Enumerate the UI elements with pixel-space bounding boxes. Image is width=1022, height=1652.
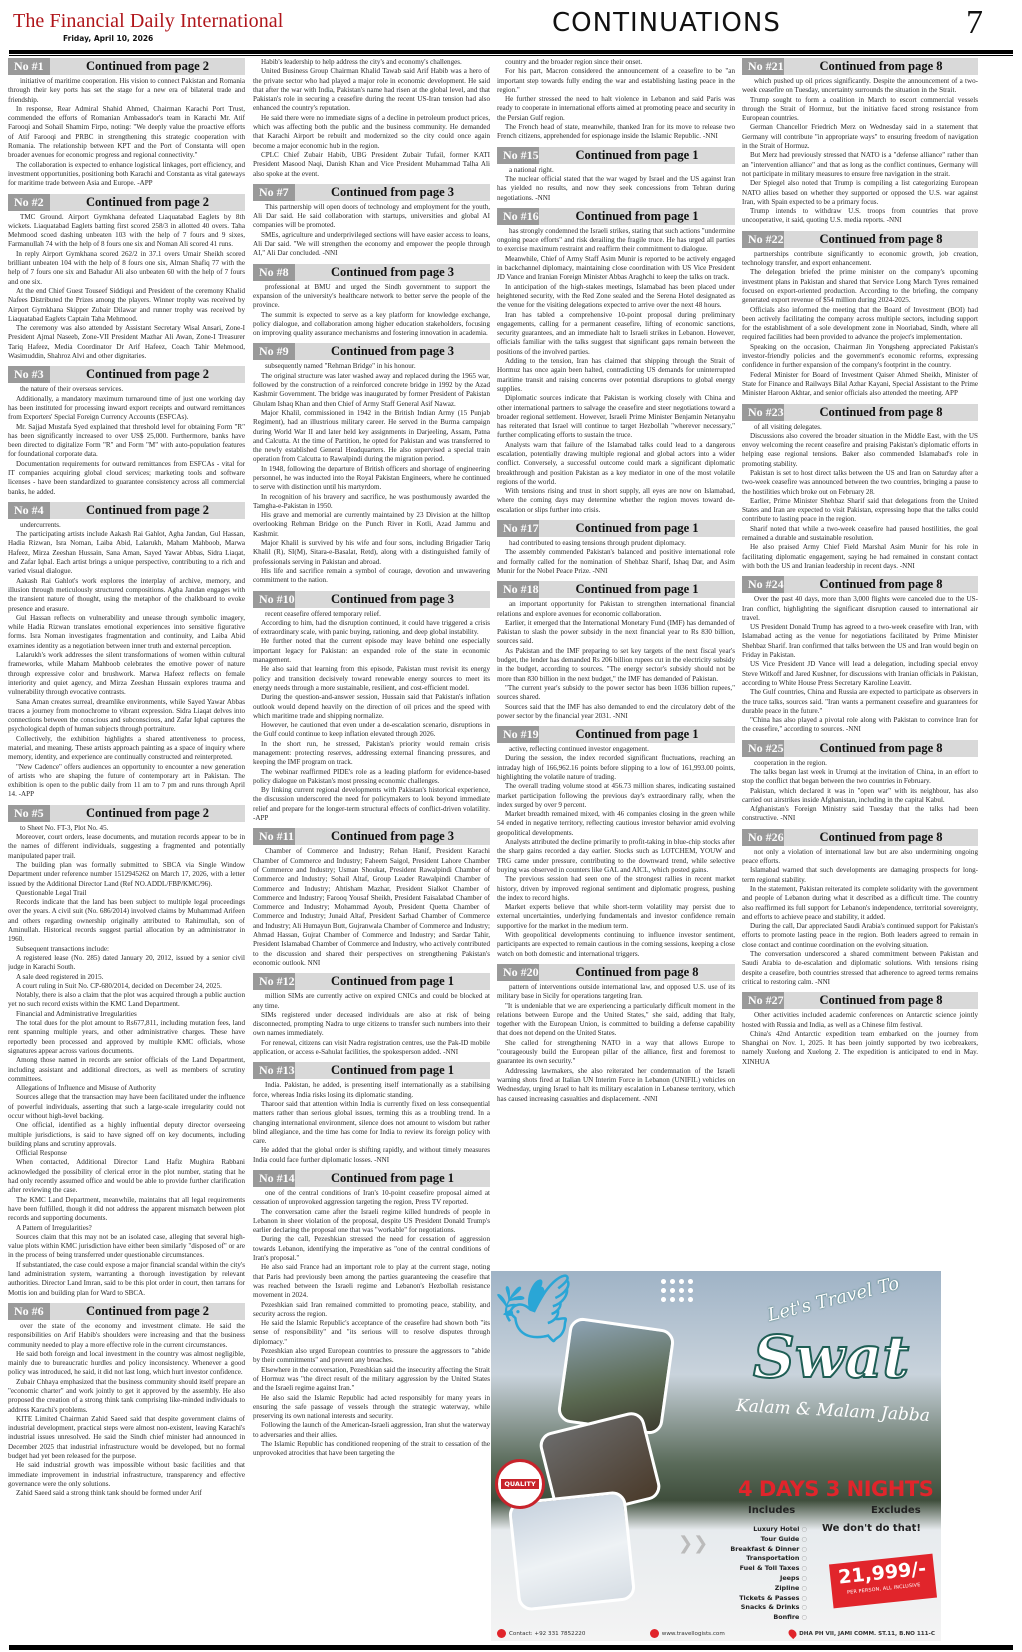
article-body: India. Pakistan, he added, is presenting… <box>253 1081 490 1165</box>
continuation-article: No #10Continued from page 3recent ceasef… <box>253 591 490 824</box>
article-paragraph: Lalarukh's work addresses the silent tra… <box>8 651 245 697</box>
continuation-article: No #12Continued from page 1million SIMs … <box>253 973 490 1057</box>
article-paragraph: Iran has tabled a comprehensive 10-point… <box>497 311 735 357</box>
article-paragraph: cooperation in the region. <box>742 759 978 768</box>
article-paragraph: A Pattern of Irregularities? <box>8 1224 245 1233</box>
article-body: recent ceasefire offered temporary relie… <box>253 610 490 824</box>
column-3: country and the broader region since the… <box>497 58 735 1228</box>
continuation-article: No #27Continued from page 8Other activit… <box>742 992 978 1067</box>
article-body: to Sheet No. FT-3, Plot No. 45.Moreover,… <box>8 824 245 1298</box>
excludes-title: Excludes <box>871 1505 921 1516</box>
continued-from-label: Continued from page 3 <box>295 828 490 845</box>
article-paragraph: SMEs, agriculture and underprivileged se… <box>253 231 490 259</box>
continuation-header: No #3Continued from page 2 <box>8 366 245 383</box>
continued-from-label: Continued from page 8 <box>784 231 978 248</box>
article-paragraph: Der Spiegel also noted that Trump is com… <box>742 179 978 207</box>
article-paragraph: Earlier, it emerged that the Internation… <box>497 619 735 647</box>
article-paragraph: During the call, Pezeshkian stressed the… <box>253 1235 490 1263</box>
article-paragraph: professional at BMU and urged the Sindh … <box>253 283 490 311</box>
ad-subtitle: Kalam & Malam Jabba <box>736 1396 931 1426</box>
include-item: Tour Guide <box>681 1535 807 1545</box>
article-paragraph: He said the Islamic Republic's acceptanc… <box>253 1319 490 1347</box>
article-body: active, reflecting continued investor en… <box>497 745 735 959</box>
article-paragraph: United Business Group Chairman Khalid Ta… <box>253 67 490 113</box>
article-body: initiative of maritime cooperation. His … <box>8 77 245 189</box>
article-paragraph: Adding to the tension, Iran has claimed … <box>497 357 735 394</box>
article-paragraph: "China has also played a pivotal role al… <box>742 716 978 735</box>
article-paragraph: "The current year's subsidy to the power… <box>497 684 735 703</box>
article-paragraph: One official, identified as a highly inf… <box>8 1121 245 1149</box>
article-paragraph: one of the central conditions of Iran's … <box>253 1189 490 1208</box>
article-number: No #13 <box>253 1062 295 1079</box>
continued-from-label: Continued from page 1 <box>539 581 735 598</box>
ad-tagline: Let's Travel To <box>765 1273 901 1326</box>
address: DHA PH VII, JAMI COMM. ST.11, B.NO 111-C <box>789 1629 935 1638</box>
article-paragraph: not only a violation of international la… <box>742 848 978 867</box>
article-paragraph: The conversation came after the Israeli … <box>253 1208 490 1236</box>
article-number: No #26 <box>742 829 784 846</box>
article-body: of all visiting delegates.Discussions al… <box>742 423 978 572</box>
article-paragraph: Afghanistan's Foreign Ministry said Tues… <box>742 805 978 824</box>
continuation-article: No #18Continued from page 1an important … <box>497 581 735 721</box>
article-number: No #18 <box>497 581 539 598</box>
article-paragraph: In 1948, following the departure of Brit… <box>253 465 490 493</box>
continuation-header: No #6Continued from page 2 <box>8 1303 245 1320</box>
article-paragraph: In recognition of his bravery and sacrif… <box>253 493 490 512</box>
ad-photo-chairlift <box>508 1490 637 1612</box>
section-title: CONTINUATIONS <box>552 8 781 38</box>
article-body: Other activities included academic confe… <box>742 1011 978 1067</box>
continuation-article: No #20Continued from page 8pattern of in… <box>497 964 735 1104</box>
article-paragraph: The summit is expected to serve as a key… <box>253 311 490 339</box>
article-body: TMC Ground. Airport Gymkhana defeated Li… <box>8 213 245 362</box>
continuation-header: No #4Continued from page 2 <box>8 502 245 519</box>
article-paragraph: With tensions rising and trust in short … <box>497 487 735 515</box>
article-paragraph: The KMC Land Department, meanwhile, main… <box>8 1196 245 1224</box>
article-body: not only a violation of international la… <box>742 848 978 987</box>
article-number: No #27 <box>742 992 784 1009</box>
continuation-header: No #25Continued from page 8 <box>742 740 978 757</box>
continued-from-label: Continued from page 3 <box>295 184 490 201</box>
price-tag: 21,999/- PER PERSON, ALL INCLUSIVE <box>829 1554 937 1609</box>
article-paragraph: subsequently named "Rehman Bridge" in hi… <box>253 362 490 371</box>
article-paragraph: recent ceasefire offered temporary relie… <box>253 610 490 619</box>
article-paragraph: Additionally, a mandatory maximum turnar… <box>8 395 245 423</box>
article-body: Over the past 40 days, more than 3,000 f… <box>742 595 978 734</box>
article-body: an important opportunity for Pakistan to… <box>497 600 735 721</box>
continuation-article: country and the broader region since the… <box>497 58 735 142</box>
article-paragraph: When contacted, Additional Director Land… <box>8 1158 245 1195</box>
page-number: 7 <box>966 4 983 42</box>
article-paragraph: By linking current regional developments… <box>253 786 490 823</box>
continuation-header: No #19Continued from page 1 <box>497 726 735 743</box>
continuation-header: No #23Continued from page 8 <box>742 404 978 421</box>
article-body: professional at BMU and urged the Sindh … <box>253 283 490 339</box>
column-4: No #21Continued from page 8which pushed … <box>742 58 978 1228</box>
article-paragraph: He further noted that the current episod… <box>253 637 490 665</box>
continuation-header: No #15Continued from page 1 <box>497 147 735 164</box>
continuation-article: No #17Continued from page 1had contribut… <box>497 520 735 576</box>
continuation-article: No #23Continued from page 8of all visiti… <box>742 404 978 572</box>
article-paragraph: Meanwhile, Chief of Army Staff Asim Muni… <box>497 255 735 283</box>
continuation-header: No #17Continued from page 1 <box>497 520 735 537</box>
article-paragraph: The ceremony was also attended by Assist… <box>8 324 245 361</box>
continued-from-label: Continued from page 8 <box>784 992 978 1009</box>
continued-from-label: Continued from page 2 <box>50 366 245 383</box>
article-paragraph: Officials also informed the meeting that… <box>742 306 978 343</box>
article-paragraph: Sana Aman creates surreal, dreamlike env… <box>8 698 245 735</box>
article-number: No #7 <box>253 184 295 201</box>
article-paragraph: Collectively, the exhibition highlights … <box>8 735 245 763</box>
article-number: No #8 <box>253 264 295 281</box>
article-paragraph: The total dues for the plot amount to Rs… <box>8 1019 245 1056</box>
continuation-article: No #13Continued from page 1India. Pakist… <box>253 1062 490 1165</box>
article-number: No #11 <box>253 828 295 845</box>
article-paragraph: Market experts believe that while short-… <box>497 903 735 931</box>
article-paragraph: active, reflecting continued investor en… <box>497 745 735 754</box>
article-paragraph: Analysts warn that failure of the Islama… <box>497 441 735 487</box>
article-paragraph: Records indicate that the land has been … <box>8 898 245 944</box>
article-number: No #16 <box>497 208 539 225</box>
article-paragraph: had contributed to easing tensions throu… <box>497 539 735 548</box>
location-pin-icon <box>787 1627 798 1638</box>
article-paragraph: Zubair Chhaya emphasized that the busine… <box>8 1378 245 1415</box>
continuation-header: No #1Continued from page 2 <box>8 58 245 75</box>
article-paragraph: At the end Chief Guest Touseef Siddiqui … <box>8 287 245 324</box>
ad-duration: 4 DAYS 3 NIGHTS <box>738 1477 933 1501</box>
article-paragraph: The building plan was formally submitted… <box>8 861 245 889</box>
continued-from-label: Continued from page 8 <box>784 576 978 593</box>
article-number: No #19 <box>497 726 539 743</box>
article-paragraph: partnerships contribute significantly to… <box>742 250 978 269</box>
website-link[interactable]: www.travellogists.com <box>650 1629 725 1638</box>
article-paragraph: Over the past 40 days, more than 3,000 f… <box>742 595 978 623</box>
article-paragraph: Habib's leadership to help address the c… <box>253 58 490 67</box>
continuation-article: No #7Continued from page 3This partnersh… <box>253 184 490 259</box>
include-item: Fuel & Toll Taxes <box>681 1564 807 1574</box>
article-paragraph: Mr. Sajjad Mustafa Syed explained that t… <box>8 423 245 460</box>
article-paragraph: The original structure was later washed … <box>253 372 490 409</box>
article-paragraph: Elsewhere in the conversation, Pezeshkia… <box>253 1366 490 1394</box>
article-paragraph: US President Donald Trump has agreed to … <box>742 623 978 660</box>
article-paragraph: Market breadth remained mixed, with 46 c… <box>497 810 735 838</box>
article-number: No #23 <box>742 404 784 421</box>
continued-from-label: Continued from page 2 <box>50 58 245 75</box>
article-paragraph: Sharif noted that while a two-week cease… <box>742 525 978 544</box>
continuation-header: No #14Continued from page 1 <box>253 1170 490 1187</box>
header-rule-thin <box>9 55 1013 56</box>
article-paragraph: During the question-and-answer session, … <box>253 693 490 721</box>
article-body: Chamber of Commerce and Industry; Rehan … <box>253 847 490 968</box>
continuation-header: No #2Continued from page 2 <box>8 194 245 211</box>
article-paragraph: The French head of state, meanwhile, tha… <box>497 123 735 142</box>
article-paragraph: Chamber of Commerce and Industry; Rehan … <box>253 847 490 968</box>
article-body: subsequently named "Rehman Bridge" in hi… <box>253 362 490 585</box>
article-paragraph: Subsequent transactions include: <box>8 945 245 954</box>
continuation-article: No #19Continued from page 1active, refle… <box>497 726 735 959</box>
article-paragraph: to Sheet No. FT-3, Plot No. 45. <box>8 824 245 833</box>
continuation-header: No #9Continued from page 3 <box>253 343 490 360</box>
article-paragraph: Notably, there is also a claim that the … <box>8 991 245 1010</box>
article-body: pattern of interventions outside interna… <box>497 983 735 1104</box>
article-paragraph: of all visiting delegates. <box>742 423 978 432</box>
continuation-header: No #24Continued from page 8 <box>742 576 978 593</box>
article-paragraph: The conversation underscored a shared co… <box>742 950 978 987</box>
article-paragraph: Moreover, court orders, lease documents,… <box>8 833 245 861</box>
article-paragraph: His grave and memorial are currently mai… <box>253 511 490 539</box>
article-paragraph: He also praised Army Chief Field Marshal… <box>742 543 978 571</box>
continued-from-label: Continued from page 1 <box>539 147 735 164</box>
article-paragraph: Pezeshkian also urged European countries… <box>253 1347 490 1366</box>
article-paragraph: Questionable Legal Trail <box>8 889 245 898</box>
article-paragraph: Sources said that the IMF has also deman… <box>497 703 735 722</box>
article-paragraph: has strongly condemned the Israeli strik… <box>497 227 735 255</box>
article-body: partnerships contribute significantly to… <box>742 250 978 399</box>
article-number: No #14 <box>253 1170 295 1187</box>
contact-phone[interactable]: Contact: +92 331 7852220 <box>497 1629 585 1638</box>
article-paragraph: The delegation briefed the prime ministe… <box>742 268 978 305</box>
article-number: No #17 <box>497 520 539 537</box>
article-paragraph: In anticipation of the high-stakes meeti… <box>497 283 735 311</box>
article-paragraph: Diplomatic sources indicate that Pakista… <box>497 394 735 440</box>
article-paragraph: an important opportunity for Pakistan to… <box>497 600 735 619</box>
article-paragraph: Tharoor said that attention within India… <box>253 1100 490 1146</box>
dot-grid-decoration <box>659 1277 695 1305</box>
article-paragraph: Islamabad warned that such developments … <box>742 866 978 885</box>
continuation-article: No #2Continued from page 2TMC Ground. Ai… <box>8 194 245 362</box>
article-body: cooperation in the region.The talks bega… <box>742 759 978 824</box>
article-paragraph: The Gulf countries, China and Russia are… <box>742 688 978 716</box>
article-body: undercurrents.The participating artists … <box>8 521 245 800</box>
article-number: No #15 <box>497 147 539 164</box>
continuation-header: No #18Continued from page 1 <box>497 581 735 598</box>
continuation-article: No #15Continued from page 1a national ri… <box>497 147 735 203</box>
continuation-article: No #25Continued from page 8cooperation i… <box>742 740 978 824</box>
continuation-article: No #1Continued from page 2initiative of … <box>8 58 245 189</box>
article-paragraph: In the short run, he stressed, Pakistan'… <box>253 740 490 768</box>
article-body: a national right.The nuclear official st… <box>497 166 735 203</box>
continuation-article: No #16Continued from page 1has strongly … <box>497 208 735 515</box>
continued-from-label: Continued from page 2 <box>50 194 245 211</box>
article-paragraph: Discussions also covered the broader sit… <box>742 432 978 469</box>
article-paragraph: Allegations of Influence and Misuse of A… <box>8 1084 245 1093</box>
article-body: had contributed to easing tensions throu… <box>497 539 735 576</box>
article-paragraph: Pakistan is set to host direct talks bet… <box>742 469 978 497</box>
article-paragraph: If substantiated, the case could expose … <box>8 1261 245 1298</box>
article-paragraph: He also said that learning from this epi… <box>253 665 490 693</box>
article-paragraph: A registered lease (No. 285) dated Janua… <box>8 954 245 973</box>
ad-destination: Swat <box>753 1323 909 1391</box>
continued-from-label: Continued from page 8 <box>784 58 978 75</box>
excludes-text: We don't do that! <box>822 1523 921 1534</box>
continuation-header: No #7Continued from page 3 <box>253 184 490 201</box>
article-paragraph: CPLC Chief Zubair Habib, UBG President Z… <box>253 151 490 179</box>
continuation-header: No #10Continued from page 3 <box>253 591 490 608</box>
article-paragraph: In response, Rear Admiral Shahid Ahmed, … <box>8 105 245 161</box>
globe-icon <box>650 1629 659 1638</box>
continuation-article: No #24Continued from page 8Over the past… <box>742 576 978 734</box>
issue-date: Friday, April 10, 2026 <box>63 34 153 43</box>
continuation-article: No #22Continued from page 8partnerships … <box>742 231 978 399</box>
article-paragraph: In the statement, Pakistan reiterated it… <box>742 885 978 922</box>
continued-from-label: Continued from page 1 <box>539 726 735 743</box>
article-paragraph: For his part, Macron considered the anno… <box>497 67 735 95</box>
article-paragraph: Earlier, Prime Minister Shehbaz Sharif s… <box>742 497 978 525</box>
continued-from-label: Continued from page 1 <box>539 520 735 537</box>
article-paragraph: The overall trading volume stood at 456.… <box>497 782 735 810</box>
continued-from-label: Continued from page 1 <box>539 208 735 225</box>
include-item: Zipline <box>681 1584 807 1594</box>
article-number: No #24 <box>742 576 784 593</box>
column-2: Habib's leadership to help address the c… <box>253 58 490 1644</box>
article-paragraph: China's 42nd Antarctic expedition team e… <box>742 1030 978 1067</box>
article-paragraph: During the call, Dar appreciated Saudi A… <box>742 922 978 950</box>
article-paragraph: For renewal, citizens can visit Nadra re… <box>253 1039 490 1058</box>
article-paragraph: Other activities included academic confe… <box>742 1011 978 1030</box>
article-paragraph: a national right. <box>497 166 735 175</box>
article-paragraph: Financial and Administrative Irregularit… <box>8 1010 245 1019</box>
include-item: Luxury Hotel <box>681 1525 807 1535</box>
include-item: Tickets & Passes <box>681 1594 807 1604</box>
include-item: Jeeps <box>681 1574 807 1584</box>
article-paragraph: The collaboration is expected to enhance… <box>8 161 245 189</box>
article-paragraph: TMC Ground. Airport Gymkhana defeated Li… <box>8 213 245 250</box>
article-body: which pushed up oil prices significantly… <box>742 77 978 226</box>
article-paragraph: In reply Airport Gymkhana scored 262/2 i… <box>8 250 245 287</box>
phone-icon <box>497 1629 506 1638</box>
article-paragraph: As Pakistan and the IMF preparing to set… <box>497 647 735 684</box>
article-paragraph: initiative of maritime cooperation. His … <box>8 77 245 105</box>
article-number: No #4 <box>8 502 50 519</box>
article-paragraph: India. Pakistan, he added, is presenting… <box>253 1081 490 1100</box>
article-paragraph: But Merz had previously stressed that NA… <box>742 151 978 179</box>
article-paragraph: Trump intends to withdraw U.S. troops fr… <box>742 207 978 226</box>
continued-from-label: Continued from page 3 <box>295 591 490 608</box>
article-number: No #21 <box>742 58 784 75</box>
continuation-article: No #14Continued from page 1one of the ce… <box>253 1170 490 1459</box>
article-paragraph: US Vice President JD Vance will lead a d… <box>742 660 978 688</box>
article-paragraph: Speaking on the occasion, Chairman Jin Y… <box>742 343 978 371</box>
continuation-header: No #5Continued from page 2 <box>8 805 245 822</box>
article-body: Habib's leadership to help address the c… <box>253 58 490 179</box>
continued-from-label: Continued from page 8 <box>539 964 735 981</box>
article-body: one of the central conditions of Iran's … <box>253 1189 490 1459</box>
article-paragraph: Sources allege that the transaction may … <box>8 1093 245 1121</box>
article-paragraph: The nuclear official stated that the war… <box>497 175 735 203</box>
continuation-article: No #8Continued from page 3professional a… <box>253 264 490 339</box>
article-paragraph: Federal Minister for Board of Investment… <box>742 371 978 399</box>
article-body: country and the broader region since the… <box>497 58 735 142</box>
article-paragraph: the nature of their overseas services. <box>8 385 245 394</box>
continuation-header: No #27Continued from page 8 <box>742 992 978 1009</box>
ad-footer: Contact: +92 331 7852220 www.travellogis… <box>491 1625 941 1641</box>
article-body: has strongly condemned the Israeli strik… <box>497 227 735 515</box>
article-paragraph: Aakash Rai Gahlot's work explores the in… <box>8 577 245 614</box>
continuation-header: No #26Continued from page 8 <box>742 829 978 846</box>
travel-advertisement[interactable]: 🕊 QUALITY Let's Travel To Swat Kalam & M… <box>491 1271 941 1641</box>
article-paragraph: Documentation requirements for outward r… <box>8 460 245 497</box>
article-paragraph: He also said France had an important rol… <box>253 1263 490 1300</box>
continuation-article: No #3Continued from page 2the nature of … <box>8 366 245 497</box>
article-paragraph: country and the broader region since the… <box>497 58 735 67</box>
continuation-header: No #8Continued from page 3 <box>253 264 490 281</box>
continued-from-label: Continued from page 1 <box>295 1062 490 1079</box>
continuation-header: No #21Continued from page 8 <box>742 58 978 75</box>
column-1: No #1Continued from page 2initiative of … <box>8 58 245 1644</box>
continuation-article: No #26Continued from page 8not only a vi… <box>742 829 978 987</box>
continuation-article: Habib's leadership to help address the c… <box>253 58 490 179</box>
continued-from-label: Continued from page 8 <box>784 404 978 421</box>
article-paragraph: Sources claim that this may not be an is… <box>8 1233 245 1261</box>
article-paragraph: pattern of interventions outside interna… <box>497 983 735 1002</box>
article-paragraph: According to him, had the disruption con… <box>253 619 490 638</box>
continued-from-label: Continued from page 2 <box>50 1303 245 1320</box>
continued-from-label: Continued from page 3 <box>295 264 490 281</box>
article-number: No #20 <box>497 964 539 981</box>
article-paragraph: The previous session had seen one of the… <box>497 875 735 903</box>
includes-title: Includes <box>748 1505 795 1516</box>
masthead: The Financial Daily International Friday… <box>0 0 1022 54</box>
continuation-header: No #22Continued from page 8 <box>742 231 978 248</box>
article-number: No #22 <box>742 231 784 248</box>
continuation-article: No #5Continued from page 2to Sheet No. F… <box>8 805 245 1298</box>
article-paragraph: A court ruling in Suit No. CP-680/2014, … <box>8 982 245 991</box>
include-item: Breakfast & Dinner <box>681 1545 807 1555</box>
article-paragraph: Pezeshkian said Iran remained committed … <box>253 1301 490 1320</box>
article-paragraph: He added that the global order is shifti… <box>253 1146 490 1165</box>
include-item: Bonfire <box>681 1613 807 1623</box>
continuation-header: No #13Continued from page 1 <box>253 1062 490 1079</box>
article-paragraph: With geopolitical developments continuin… <box>497 931 735 959</box>
article-paragraph: However, he cautioned that even under a … <box>253 721 490 740</box>
article-paragraph: Pakistan, which declared it was in "open… <box>742 787 978 806</box>
continuation-header: No #20Continued from page 8 <box>497 964 735 981</box>
article-paragraph: He said both foreign and local investmen… <box>8 1350 245 1378</box>
article-paragraph: Major Khalil, commissioned in 1942 in th… <box>253 409 490 465</box>
article-number: No #3 <box>8 366 50 383</box>
article-paragraph: over the state of the economy and invest… <box>8 1322 245 1350</box>
includes-list: Luxury Hotel Tour Guide Breakfast & Dinn… <box>681 1525 807 1623</box>
continuation-article: No #6Continued from page 2over the state… <box>8 1303 245 1499</box>
article-number: No #5 <box>8 805 50 822</box>
continuation-header: No #12Continued from page 1 <box>253 973 490 990</box>
continued-from-label: Continued from page 1 <box>295 973 490 990</box>
article-paragraph: Among those named in records are senior … <box>8 1056 245 1084</box>
article-paragraph: He further stressed the need to halt vio… <box>497 95 735 123</box>
article-paragraph: Following the launch of the American-Isr… <box>253 1421 490 1440</box>
footer-rule <box>9 1645 1013 1650</box>
continuation-article: No #9Continued from page 3subsequently n… <box>253 343 490 585</box>
article-paragraph: SIMs registered under deceased individua… <box>253 1011 490 1039</box>
article-paragraph: undercurrents. <box>8 521 245 530</box>
continuation-article: No #11Continued from page 3Chamber of Co… <box>253 828 490 968</box>
article-paragraph: million SIMs are currently active on exp… <box>253 992 490 1011</box>
article-body: This partnership will open doors of tech… <box>253 203 490 259</box>
continued-from-label: Continued from page 2 <box>50 805 245 822</box>
article-paragraph: The talks began last week in Urumqi at t… <box>742 768 978 787</box>
article-paragraph: The participating artists include Aakash… <box>8 530 245 576</box>
article-paragraph: He said industrial growth was impossible… <box>8 1461 245 1489</box>
quality-badge: QUALITY <box>495 1459 545 1509</box>
article-paragraph: "New Cadence" offers audiences an opport… <box>8 763 245 800</box>
article-paragraph: Trump sought to form a coalition in Marc… <box>742 96 978 124</box>
article-paragraph: A sale deed registered in 2015. <box>8 973 245 982</box>
article-paragraph: This partnership will open doors of tech… <box>253 203 490 231</box>
continuation-article: No #4Continued from page 2undercurrents.… <box>8 502 245 800</box>
article-paragraph: His life and sacrifice remain a symbol o… <box>253 567 490 586</box>
paper-name: The Financial Daily International <box>13 10 283 33</box>
article-paragraph: KITE Limited Chairman Zahid Saeed said t… <box>8 1415 245 1461</box>
